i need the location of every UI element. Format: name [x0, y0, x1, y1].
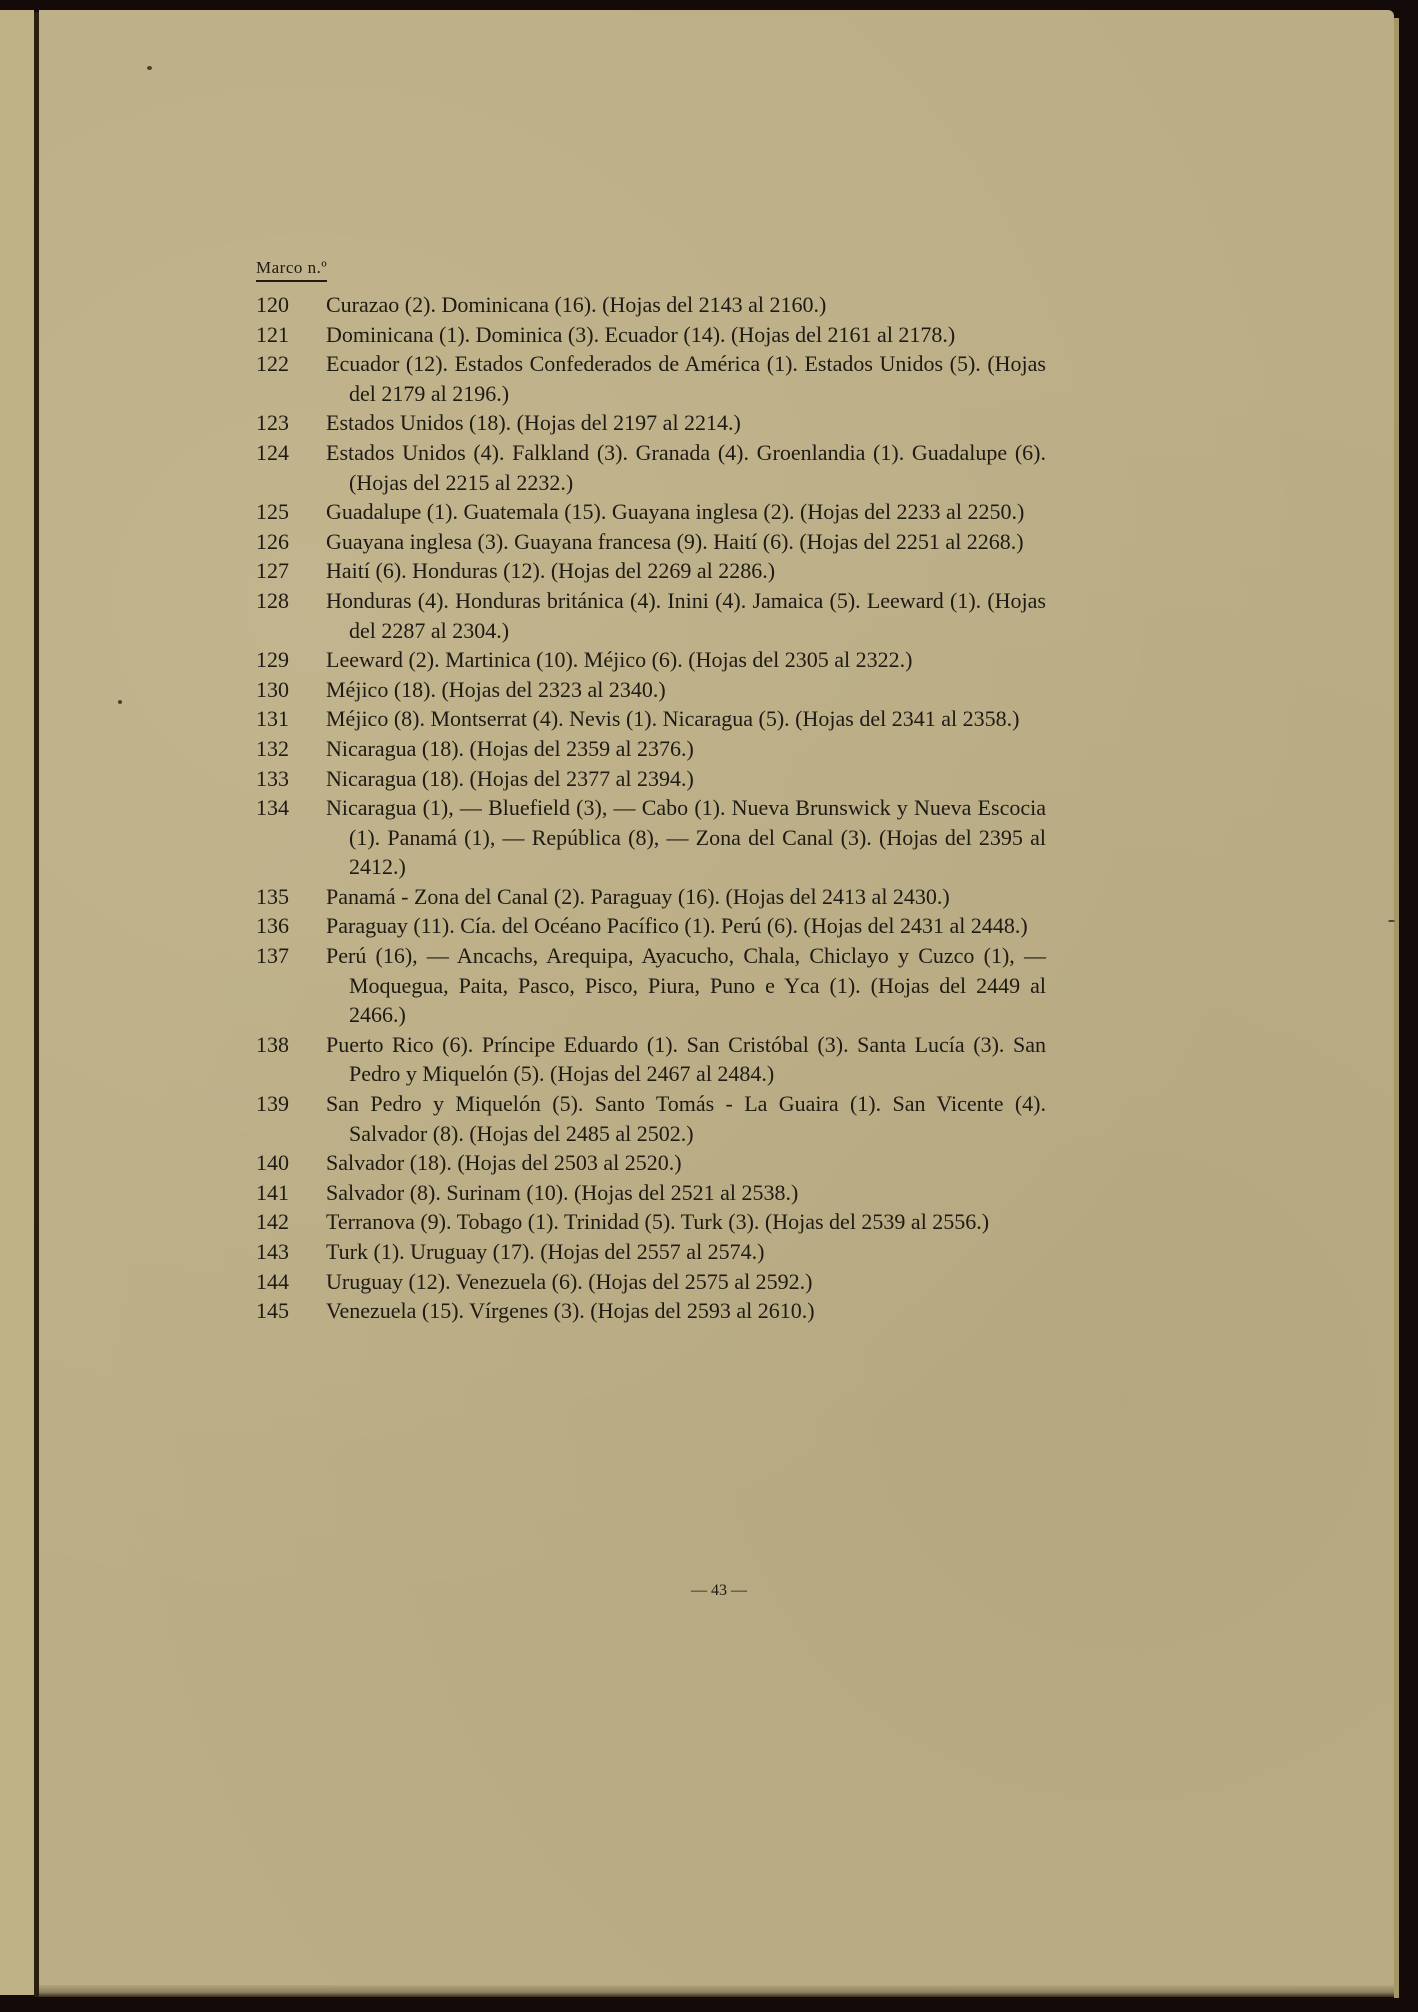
list-item: 139San Pedro y Miquelón (5). Santo Tomás…: [256, 1089, 1046, 1148]
frame-contents: Nicaragua (18). (Hojas del 2377 al 2394.…: [326, 764, 1046, 794]
frame-contents: Leeward (2). Martinica (10). Méjico (6).…: [326, 645, 1046, 675]
frame-contents: Nicaragua (18). (Hojas del 2359 al 2376.…: [326, 734, 1046, 764]
frame-contents: Méjico (8). Montserrat (4). Nevis (1). N…: [326, 704, 1046, 734]
frame-contents: Paraguay (11). Cía. del Océano Pacífico …: [326, 911, 1046, 941]
list-item: 133Nicaragua (18). (Hojas del 2377 al 23…: [256, 764, 1046, 794]
frame-contents: Méjico (18). (Hojas del 2323 al 2340.): [326, 675, 1046, 705]
list-item: 140Salvador (18). (Hojas del 2503 al 252…: [256, 1148, 1046, 1178]
list-item: 130Méjico (18). (Hojas del 2323 al 2340.…: [256, 675, 1046, 705]
list-item: 124Estados Unidos (4). Falkland (3). Gra…: [256, 438, 1046, 497]
list-item: 123Estados Unidos (18). (Hojas del 2197 …: [256, 408, 1046, 438]
frame-number: 129: [256, 645, 326, 675]
frame-number: 143: [256, 1237, 326, 1267]
frame-number: 131: [256, 704, 326, 734]
frame-number: 140: [256, 1148, 326, 1178]
entry-list: 120Curazao (2). Dominicana (16). (Hojas …: [256, 290, 1046, 1326]
frame-number: 125: [256, 497, 326, 527]
frame-number: 139: [256, 1089, 326, 1148]
previous-page-edge: [0, 10, 34, 1995]
frame-number: 130: [256, 675, 326, 705]
frame-contents: Terranova (9). Tobago (1). Trinidad (5).…: [326, 1207, 1046, 1237]
frame-contents: Perú (16), — Ancachs, Arequipa, Ayacucho…: [326, 941, 1046, 1030]
frame-number: 123: [256, 408, 326, 438]
paper-speck: [1388, 920, 1395, 922]
frame-number: 121: [256, 320, 326, 350]
frame-number: 127: [256, 556, 326, 586]
frame-contents: Guadalupe (1). Guatemala (15). Guayana i…: [326, 497, 1046, 527]
list-item: 128Honduras (4). Honduras británica (4).…: [256, 586, 1046, 645]
frame-contents: Puerto Rico (6). Príncipe Eduardo (1). S…: [326, 1030, 1046, 1089]
frame-contents: Ecuador (12). Estados Confederados de Am…: [326, 349, 1046, 408]
column-header: Marco n.º: [256, 258, 327, 282]
list-item: 129Leeward (2). Martinica (10). Méjico (…: [256, 645, 1046, 675]
frame-contents: Estados Unidos (4). Falkland (3). Granad…: [326, 438, 1046, 497]
frame-contents: Haití (6). Honduras (12). (Hojas del 226…: [326, 556, 1046, 586]
page-number: — 43 —: [0, 1582, 1418, 1600]
list-item: 127Haití (6). Honduras (12). (Hojas del …: [256, 556, 1046, 586]
frame-contents: Curazao (2). Dominicana (16). (Hojas del…: [326, 290, 1046, 320]
paper-speck: [147, 66, 152, 70]
frame-number: 124: [256, 438, 326, 497]
list-item: 135Panamá - Zona del Canal (2). Paraguay…: [256, 882, 1046, 912]
frame-contents: Honduras (4). Honduras británica (4). In…: [326, 586, 1046, 645]
frame-contents: Uruguay (12). Venezuela (6). (Hojas del …: [326, 1267, 1046, 1297]
frame-number: 137: [256, 941, 326, 1030]
frame-contents: Estados Unidos (18). (Hojas del 2197 al …: [326, 408, 1046, 438]
frame-number: 141: [256, 1178, 326, 1208]
frame-number: 138: [256, 1030, 326, 1089]
list-item: 125Guadalupe (1). Guatemala (15). Guayan…: [256, 497, 1046, 527]
frame-contents: Salvador (8). Surinam (10). (Hojas del 2…: [326, 1178, 1046, 1208]
paper-speck: [118, 700, 122, 704]
list-item: 143Turk (1). Uruguay (17). (Hojas del 25…: [256, 1237, 1046, 1267]
list-item: 132Nicaragua (18). (Hojas del 2359 al 23…: [256, 734, 1046, 764]
frame-contents: Turk (1). Uruguay (17). (Hojas del 2557 …: [326, 1237, 1046, 1267]
list-item: 141Salvador (8). Surinam (10). (Hojas de…: [256, 1178, 1046, 1208]
frame-number: 132: [256, 734, 326, 764]
list-item: 134Nicaragua (1), — Bluefield (3), — Cab…: [256, 793, 1046, 882]
frame-number: 133: [256, 764, 326, 794]
frame-contents: Salvador (18). (Hojas del 2503 al 2520.): [326, 1148, 1046, 1178]
frame-contents: Dominicana (1). Dominica (3). Ecuador (1…: [326, 320, 1046, 350]
frame-number: 144: [256, 1267, 326, 1297]
list-item: 122Ecuador (12). Estados Confederados de…: [256, 349, 1046, 408]
list-item: 138Puerto Rico (6). Príncipe Eduardo (1)…: [256, 1030, 1046, 1089]
frame-number: 142: [256, 1207, 326, 1237]
list-item: 137Perú (16), — Ancachs, Arequipa, Ayacu…: [256, 941, 1046, 1030]
document-body: Marco n.º 120Curazao (2). Dominicana (16…: [256, 258, 1046, 1326]
list-item: 145Venezuela (15). Vírgenes (3). (Hojas …: [256, 1296, 1046, 1326]
frame-number: 128: [256, 586, 326, 645]
frame-number: 134: [256, 793, 326, 882]
page-stack-edge: [1394, 18, 1399, 1998]
frame-contents: Guayana inglesa (3). Guayana francesa (9…: [326, 527, 1046, 557]
frame-number: 122: [256, 349, 326, 408]
page-deckle-edge: [39, 1985, 1394, 1997]
frame-number: 120: [256, 290, 326, 320]
list-item: 120Curazao (2). Dominicana (16). (Hojas …: [256, 290, 1046, 320]
frame-number: 136: [256, 911, 326, 941]
frame-contents: Nicaragua (1), — Bluefield (3), — Cabo (…: [326, 793, 1046, 882]
list-item: 144Uruguay (12). Venezuela (6). (Hojas d…: [256, 1267, 1046, 1297]
frame-contents: San Pedro y Miquelón (5). Santo Tomás - …: [326, 1089, 1046, 1148]
frame-contents: Venezuela (15). Vírgenes (3). (Hojas del…: [326, 1296, 1046, 1326]
list-item: 121Dominicana (1). Dominica (3). Ecuador…: [256, 320, 1046, 350]
list-item: 136Paraguay (11). Cía. del Océano Pacífi…: [256, 911, 1046, 941]
frame-number: 135: [256, 882, 326, 912]
list-item: 126Guayana inglesa (3). Guayana francesa…: [256, 527, 1046, 557]
frame-contents: Panamá - Zona del Canal (2). Paraguay (1…: [326, 882, 1046, 912]
list-item: 131Méjico (8). Montserrat (4). Nevis (1)…: [256, 704, 1046, 734]
frame-number: 126: [256, 527, 326, 557]
frame-number: 145: [256, 1296, 326, 1326]
list-item: 142Terranova (9). Tobago (1). Trinidad (…: [256, 1207, 1046, 1237]
